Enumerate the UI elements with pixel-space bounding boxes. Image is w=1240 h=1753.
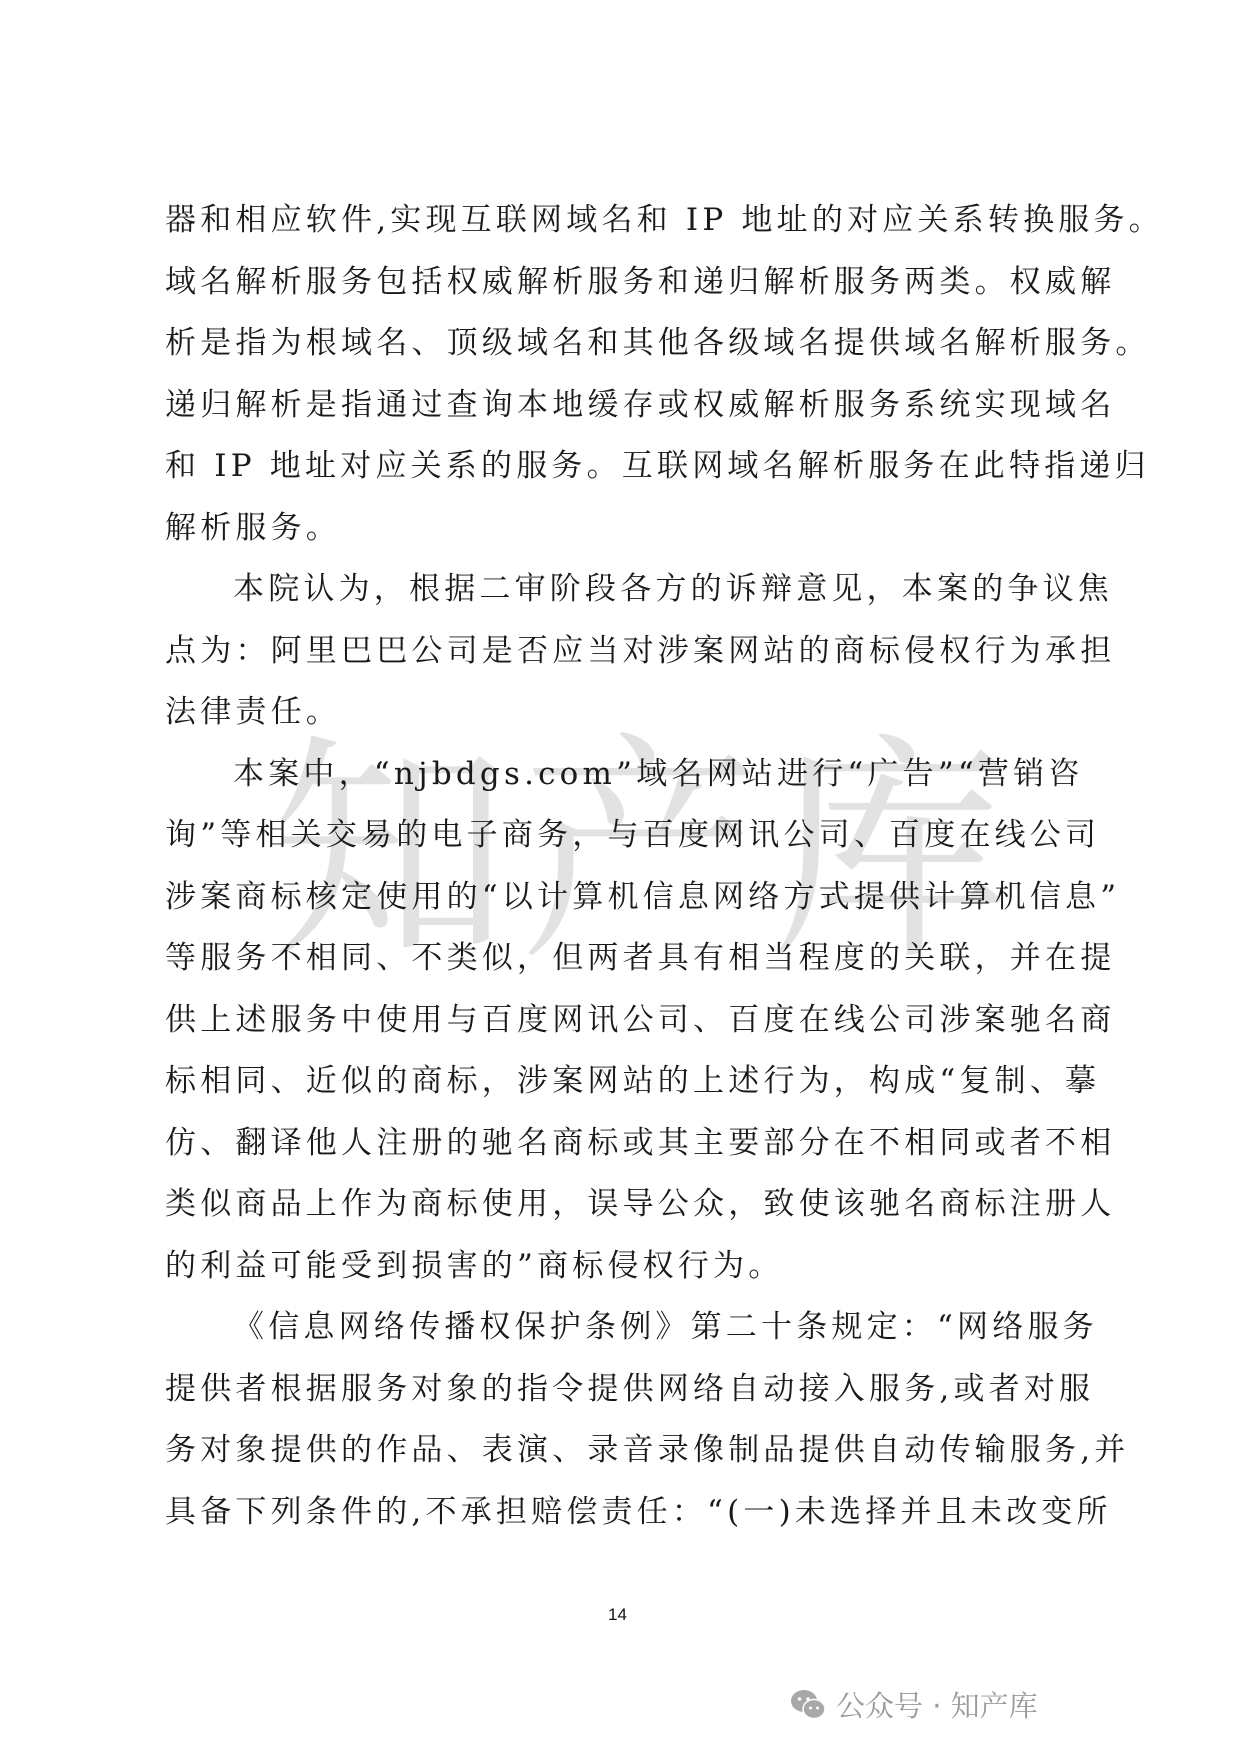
text-line: 解析服务。	[165, 498, 1085, 560]
text-line: 标相同、近似的商标，涉案网站的上述行为，构成“复制、摹	[165, 1051, 1085, 1113]
paragraph-start: 《信息网络传播权保护条例》第二十条规定：“网络服务	[165, 1297, 1085, 1359]
text-line: 等服务不相同、不类似，但两者具有相当程度的关联，并在提	[165, 928, 1085, 990]
text-line: 点为：阿里巴巴公司是否应当对涉案网站的商标侵权行为承担	[165, 621, 1085, 683]
text-line: 域名解析服务包括权威解析服务和递归解析服务两类。权威解	[165, 252, 1085, 314]
document-page: 知产库 器和相应软件,实现互联网域名和 IP 地址的对应关系转换服务。 域名解析…	[0, 0, 1240, 1753]
paragraph-start: 本院认为，根据二审阶段各方的诉辩意见，本案的争议焦	[165, 559, 1085, 621]
text-line: 涉案商标核定使用的“以计算机信息网络方式提供计算机信息”	[165, 867, 1085, 929]
wechat-icon	[790, 1688, 826, 1722]
text-line: 递归解析是指通过查询本地缓存或权威解析服务系统实现域名	[165, 375, 1085, 437]
text-line: 的利益可能受到损害的”商标侵权行为。	[165, 1236, 1085, 1298]
paragraph-start: 本案中，“njbdgs.com”域名网站进行“广告”“营销咨	[165, 744, 1085, 806]
body-text: 器和相应软件,实现互联网域名和 IP 地址的对应关系转换服务。 域名解析服务包括…	[165, 190, 1085, 1543]
text-line: 供上述服务中使用与百度网讯公司、百度在线公司涉案驰名商	[165, 990, 1085, 1052]
text-line: 提供者根据服务对象的指令提供网络自动接入服务,或者对服	[165, 1359, 1085, 1421]
text-line: 析是指为根域名、顶级域名和其他各级域名提供域名解析服务。	[165, 313, 1085, 375]
text-line: 和 IP 地址对应关系的服务。互联网域名解析服务在此特指递归	[165, 436, 1085, 498]
page-number: 14	[608, 1605, 627, 1625]
text-line: 仿、翻译他人注册的驰名商标或其主要部分在不相同或者不相	[165, 1113, 1085, 1175]
text-line: 器和相应软件,实现互联网域名和 IP 地址的对应关系转换服务。	[165, 190, 1085, 252]
text-line: 务对象提供的作品、表演、录音录像制品提供自动传输服务,并	[165, 1420, 1085, 1482]
footer-brand: 公众号 · 知产库	[790, 1684, 1038, 1725]
text-line: 询”等相关交易的电子商务，与百度网讯公司、百度在线公司	[165, 805, 1085, 867]
footer-brand-label: 公众号 · 知产库	[836, 1684, 1038, 1725]
text-line: 具备下列条件的,不承担赔偿责任：“(一)未选择并且未改变所	[165, 1482, 1085, 1544]
text-line: 法律责任。	[165, 682, 1085, 744]
text-line: 类似商品上作为商标使用，误导公众，致使该驰名商标注册人	[165, 1174, 1085, 1236]
